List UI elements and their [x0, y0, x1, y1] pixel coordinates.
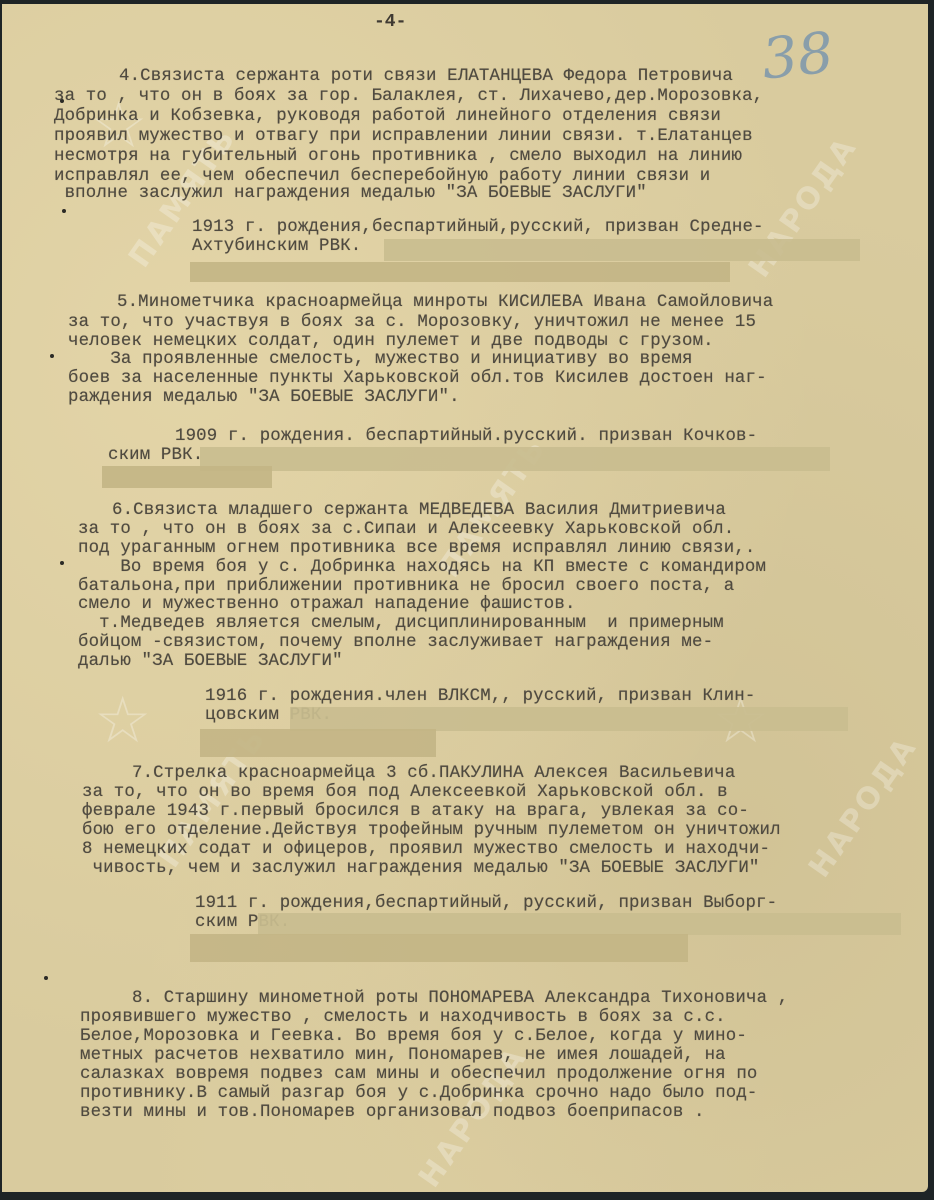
entry-line: бойцом -связистом, почему вполне заслужи…: [78, 634, 713, 652]
entry-line: за то , что он в боях за с.Сипаи и Алекс…: [78, 521, 734, 539]
entry-line: проявившего мужество , смелость и находч…: [80, 1009, 726, 1027]
redaction-block: [190, 262, 730, 282]
entry-line: вполне заслужил награждения медалью "ЗА …: [54, 185, 647, 203]
entry-line: за то, что он во время боя под Алексеевк…: [82, 784, 728, 802]
redaction-block: [200, 729, 436, 757]
bio-line: ским РВК.: [108, 447, 203, 465]
entry-line: несмотря на губительный огонь противника…: [54, 148, 742, 166]
page-number: -4-: [374, 12, 406, 32]
entry-line: бою его отделение.Действуя трофейным руч…: [82, 822, 781, 840]
entry-line: салазках вовремя подвез сам мины и обесп…: [80, 1066, 758, 1084]
entry-line: проявил мужество и отвагу при исправлени…: [54, 128, 753, 146]
redaction-block: [384, 239, 860, 261]
paper-speck: [44, 976, 48, 980]
entry-line: 6.Связиста младшего сержанта МЕДВЕДЕВА В…: [112, 502, 726, 520]
entry-line: батальона,при приближении противника не …: [78, 578, 734, 596]
entry-line: 4.Связиста сержанта роти связи ЕЛАТАНЦЕВ…: [119, 68, 733, 86]
paper-speck: [60, 561, 64, 565]
entry-line: Белое,Морозовка и Геевка. Во время боя у…: [80, 1028, 747, 1046]
entry-line: 8 немецких содат и офицеров, проявил муж…: [82, 841, 770, 859]
entry-line: далью "ЗА БОЕВЫЕ ЗАСЛУГИ": [78, 653, 343, 671]
entry-line: за то , что он в боях за гор. Балаклея, …: [54, 88, 763, 106]
entry-line: За проявленные смелость, мужество и иниц…: [68, 351, 693, 369]
bio-line: 1916 г. рождения.член ВЛКСМ,, русский, п…: [205, 688, 755, 706]
entry-line: Добринка и Кобзевка, руководя работой ли…: [54, 108, 721, 126]
watermark-star-icon: ☆: [94, 684, 151, 758]
entry-line: везти мины и тов.Пономарев организовал п…: [80, 1104, 705, 1122]
entry-line: за то, что участвуя в боях за с. Морозов…: [68, 314, 756, 332]
bio-line: Ахтубинским РВК.: [192, 238, 361, 256]
entry-line: противнику.В самый разгар боя у с.Добрин…: [80, 1085, 758, 1103]
entry-line: феврале 1943 г.первый бросился в атаку н…: [82, 803, 749, 821]
redaction-block: [258, 913, 901, 935]
entry-line: человек немецких солдат, один пулемет и …: [68, 333, 714, 351]
bio-line: 1913 г. рождения,беспартийный,русский, п…: [192, 219, 764, 237]
paper-speck: [62, 209, 66, 213]
entry-line: смело и мужественно отражал нападение фа…: [78, 596, 576, 614]
bio-line: 1911 г. рождения,беспартийный, русский, …: [195, 895, 777, 913]
entry-line: метных расчетов нехватило мин, Пономарев…: [80, 1047, 726, 1065]
redaction-block: [102, 466, 272, 488]
entry-line: Во время боя у с. Добринка находясь на К…: [78, 559, 766, 577]
entry-line: раждения медалью "ЗА БОЕВЫЕ ЗАСЛУГИ".: [68, 389, 460, 407]
entry-line: 5.Минометчика красноармейца минроты КИСИ…: [117, 294, 773, 312]
redaction-block: [200, 447, 830, 471]
watermark-text: НАРОДА: [802, 730, 925, 884]
entry-line: т.Медведев является смелым, дисциплиниро…: [78, 615, 724, 633]
paper-speck: [50, 354, 54, 358]
entry-line: боев за населенные пункты Харьковской об…: [68, 370, 767, 388]
redaction-block: [290, 707, 848, 731]
handwritten-annotation: 38: [759, 20, 837, 92]
entry-line: под ураганным огнем противника все время…: [78, 540, 756, 558]
redaction-block: [190, 934, 688, 962]
document-page: -4- 38 ПАМЯТЬ НАРОДА ПАМЯТЬ ПАМЯТЬ НАРОД…: [2, 4, 928, 1192]
entry-line: 8. Старшину минометной роты ПОНОМАРЕВА А…: [132, 990, 788, 1008]
bio-line: 1909 г. рождения. беспартийный.русский. …: [175, 428, 757, 446]
entry-line: чивость, чем и заслужил награждения меда…: [82, 860, 760, 878]
entry-line: 7.Стрелка красноармейца 3 сб.ПАКУЛИНА Ал…: [132, 765, 735, 783]
